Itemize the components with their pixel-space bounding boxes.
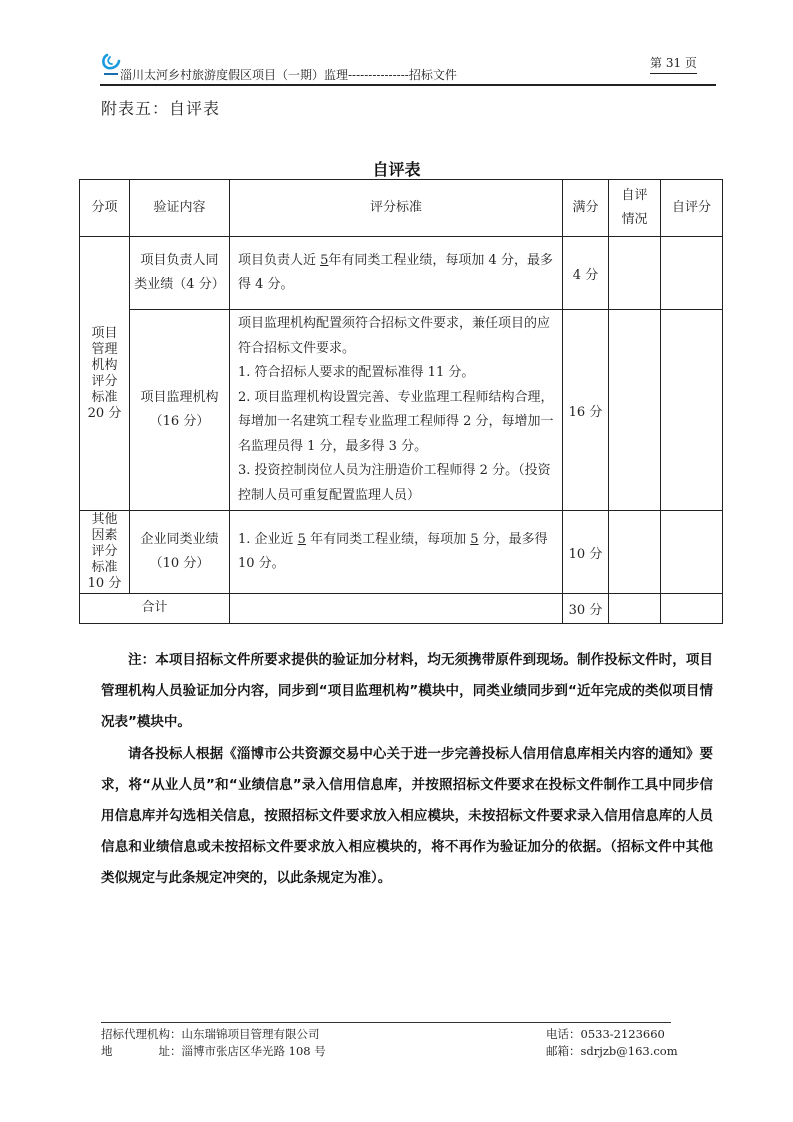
criteria-line: 1. 符合招标人要求的配置标准得 11 分。 <box>238 361 554 386</box>
criteria-line: 2. 项目监理机构设置完善、专业监理工程师结构合理，每增加一名建筑工程专业监理工… <box>238 386 554 460</box>
header-divider <box>100 84 716 86</box>
address-label: 地 <box>101 1044 113 1058</box>
criteria-underlined-number: 5 <box>298 532 306 547</box>
total-row: 合计 30 分 <box>80 594 723 624</box>
item-cell: 项目监理机构 （16 分） <box>130 310 230 511</box>
agency-label: 招标代理机构： <box>101 1027 182 1041</box>
category-line: 标准 <box>80 390 129 406</box>
address-line: 地址：淄博市张店区华光路 108 号 <box>101 1043 326 1059</box>
category-line: 项目 <box>80 326 129 342</box>
item-line: （16 分） <box>130 410 229 434</box>
self-eval-cell[interactable] <box>609 310 661 511</box>
max-score-cell: 16 分 <box>563 310 609 511</box>
table-title: 自评表 <box>0 157 793 180</box>
column-header: 验证内容 <box>130 180 230 237</box>
item-line: 类业绩（4 分） <box>130 273 229 297</box>
column-header: 自评 情况 <box>609 180 661 237</box>
table-row: 项目 管理 机构 评分 标准 20 分 项目负责人同 类业绩（4 分） 项目负责… <box>80 237 723 310</box>
self-score-cell[interactable] <box>661 237 723 310</box>
category-line: 10 分 <box>80 576 129 592</box>
item-line: 项目监理机构 <box>130 386 229 410</box>
item-line: 项目负责人同 <box>130 249 229 273</box>
category-line: 其他 <box>80 512 129 528</box>
footer-divider <box>101 1022 671 1023</box>
note-paragraph: 注：本项目招标文件所要求提供的验证加分材料，均无须携带原件到现场。制作投标文件时… <box>101 645 713 738</box>
total-max-score: 30 分 <box>563 594 609 624</box>
table-row: 其他 因素 评分 标准 10 分 企业同类业绩 （10 分） 1. 企业近 5 … <box>80 511 723 594</box>
address-label: 址： <box>159 1044 182 1058</box>
column-header: 自评分 <box>661 180 723 237</box>
address-value: 淄博市张店区华光路 108 号 <box>182 1044 326 1058</box>
notice-paragraph: 请各投标人根据《淄博市公共资源交易中心关于进一步完善投标人信用信息库相关内容的通… <box>101 739 713 894</box>
note-text: 注：本项目招标文件所要求提供的验证加分材料，均无须携带原件到现场。制作投标文件时… <box>101 645 713 738</box>
notice-text: 请各投标人根据《淄博市公共资源交易中心关于进一步完善投标人信用信息库相关内容的通… <box>101 739 713 894</box>
criteria-cell: 项目负责人近 5年有同类工程业绩，每项加 4 分，最多得 4 分。 <box>230 237 563 310</box>
total-criteria-cell <box>230 594 563 624</box>
self-score-cell[interactable] <box>661 511 723 594</box>
item-cell: 企业同类业绩 （10 分） <box>130 511 230 594</box>
page-number: 第 31 页 <box>650 54 697 74</box>
category-line: 管理 <box>80 342 129 358</box>
criteria-cell: 项目监理机构配置须符合招标文件要求，兼任项目的应符合招标文件要求。 1. 符合招… <box>230 310 563 511</box>
phone: 电话：0533-2123660 <box>546 1026 665 1042</box>
self-eval-cell[interactable] <box>609 237 661 310</box>
criteria-line: 3. 投资控制岗位人员为注册造价工程师得 2 分。（投资控制人员可重复配置监理人… <box>238 459 554 508</box>
appendix-title: 附表五：自评表 <box>101 96 220 119</box>
criteria-line: 项目监理机构配置须符合招标文件要求，兼任项目的应符合招标文件要求。 <box>238 312 554 361</box>
category-line: 标准 <box>80 560 129 576</box>
item-line: 企业同类业绩 <box>130 528 229 552</box>
category-line: 20 分 <box>80 406 129 422</box>
max-score-cell: 4 分 <box>563 237 609 310</box>
self-evaluation-table: 分项 验证内容 评分标准 满分 自评 情况 自评分 项目 管理 机构 评分 标准… <box>79 179 723 624</box>
email: 邮箱：sdrjzb@163.com <box>546 1043 678 1059</box>
category-cell: 其他 因素 评分 标准 10 分 <box>80 511 130 594</box>
self-eval-cell[interactable] <box>609 511 661 594</box>
table-header-row: 分项 验证内容 评分标准 满分 自评 情况 自评分 <box>80 180 723 237</box>
column-header-line: 自评 <box>609 184 660 208</box>
criteria-text: 项目负责人近 <box>238 253 320 268</box>
column-header-line: 情况 <box>609 208 660 232</box>
criteria-text: 1. 企业近 <box>238 532 298 547</box>
category-line: 因素 <box>80 528 129 544</box>
item-cell: 项目负责人同 类业绩（4 分） <box>130 237 230 310</box>
criteria-cell: 1. 企业近 5 年有同类工程业绩，每项加 5 分，最多得 10 分。 <box>230 511 563 594</box>
total-label: 合计 <box>80 594 230 624</box>
self-score-cell[interactable] <box>661 310 723 511</box>
agency-value: 山东瑞锦项目管理有限公司 <box>182 1027 320 1041</box>
table-row: 项目监理机构 （16 分） 项目监理机构配置须符合招标文件要求，兼任项目的应符合… <box>80 310 723 511</box>
column-header: 分项 <box>80 180 130 237</box>
criteria-text: 年有同类工程业绩，每项加 <box>306 532 470 547</box>
total-self-eval-cell[interactable] <box>609 594 661 624</box>
agency-line: 招标代理机构：山东瑞锦项目管理有限公司 <box>101 1026 320 1042</box>
document-header-title: 淄川太河乡村旅游度假区项目（一期）监理---------------招标文件 <box>120 66 457 83</box>
column-header: 评分标准 <box>230 180 563 237</box>
total-self-score-cell[interactable] <box>661 594 723 624</box>
item-line: （10 分） <box>130 552 229 576</box>
category-line: 评分 <box>80 374 129 390</box>
category-cell: 项目 管理 机构 评分 标准 20 分 <box>80 237 130 511</box>
max-score-cell: 10 分 <box>563 511 609 594</box>
category-line: 机构 <box>80 358 129 374</box>
category-line: 评分 <box>80 544 129 560</box>
column-header: 满分 <box>563 180 609 237</box>
criteria-underlined-number: 5 <box>470 532 478 547</box>
